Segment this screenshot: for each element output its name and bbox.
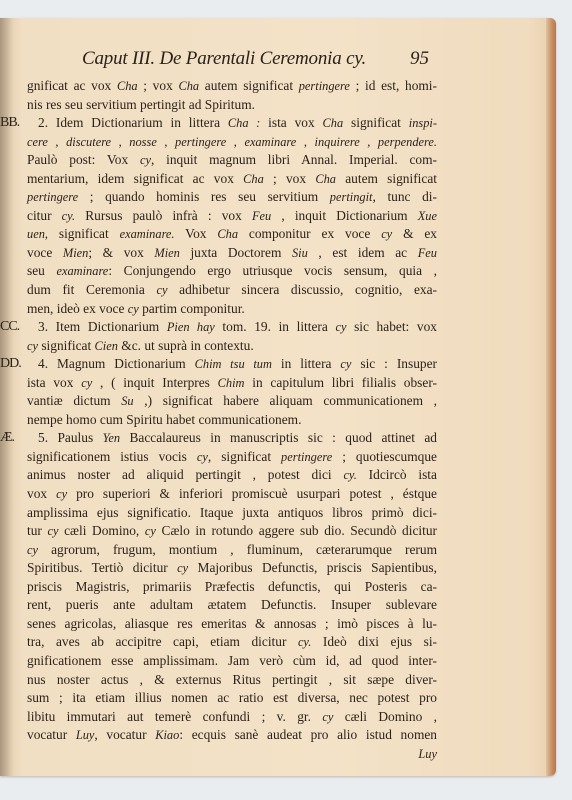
text-line: tra, aves ab accipitre capi, etiam dicit… bbox=[27, 633, 437, 652]
text-run: &c. ut suprà in contextu. bbox=[118, 338, 254, 353]
text-run: adhibetur sincera discussio, cognitio, e… bbox=[167, 282, 437, 297]
italic-term: cy bbox=[340, 357, 351, 371]
text-line: uen, significat examinare. Vox Cha compo… bbox=[27, 225, 437, 244]
text-run: , tunc di- bbox=[372, 189, 437, 204]
text-run: tom. 19. in littera bbox=[215, 319, 336, 334]
text-run: gnificationem esse amplissimam. Jam verò… bbox=[27, 653, 437, 668]
italic-term: pertingere bbox=[299, 79, 350, 93]
text-line: nus noster actus , & externus Ritus pert… bbox=[27, 671, 437, 690]
text-run: voce bbox=[27, 245, 63, 260]
italic-term: cy bbox=[56, 487, 67, 501]
text-line: mentarium, idem significat ac vox Cha ; … bbox=[27, 170, 437, 189]
text-line: pertingere ; quando hominis res seu serv… bbox=[27, 188, 437, 207]
text-line: gnificationem esse amplissimam. Jam verò… bbox=[27, 652, 437, 671]
italic-term: pertingit bbox=[330, 190, 373, 204]
text-run: cæli Domino, bbox=[59, 523, 145, 538]
italic-term: Siu bbox=[292, 246, 308, 260]
italic-term: Cha bbox=[243, 172, 264, 186]
text-run: gnificat ac vox bbox=[27, 78, 117, 93]
text-line: Paulò post: Vox cy, inquit magnum libri … bbox=[27, 151, 437, 170]
text-run: Idcircò ista bbox=[357, 467, 437, 482]
text-line: voce Mien; & vox Mien juxta Doctorem Siu… bbox=[27, 244, 437, 263]
text-run: , ( inquit Interpres bbox=[92, 375, 217, 390]
italic-term: cy bbox=[128, 302, 139, 316]
italic-term: uen, bbox=[27, 227, 48, 241]
text-run: dum fit Ceremonia bbox=[27, 282, 156, 297]
text-run: componitur ex voce bbox=[238, 226, 381, 241]
text-run: mentarium, idem significat ac vox bbox=[27, 171, 243, 186]
text-run: : Conjungendo ergo utriusque vocis sensu… bbox=[108, 263, 437, 278]
text-run: Cælo in rotundo aggere sub dio. Secundò … bbox=[156, 523, 437, 538]
text-run: cæli Domino , bbox=[333, 709, 437, 724]
italic-term: Yen bbox=[103, 431, 120, 445]
text-run: significat bbox=[48, 226, 120, 241]
text-line: significationem istius vocis cy, signifi… bbox=[27, 448, 437, 467]
text-run: men, ideò ex voce bbox=[27, 301, 128, 316]
text-run: animus noster ad aliquid pertingit , pot… bbox=[27, 467, 343, 482]
text-run: rent, pueris ante adultam ætatem Defunct… bbox=[27, 597, 437, 612]
text-run: sic : Insuper bbox=[351, 356, 437, 371]
text-run: Ideò dixi ejus si- bbox=[311, 634, 437, 649]
italic-term: cy bbox=[177, 561, 188, 575]
text-run: , significat bbox=[208, 449, 281, 464]
italic-term: Kiao bbox=[155, 728, 179, 742]
margin-signature-letter: BB. bbox=[0, 114, 19, 133]
text-run: ; quotiescumque bbox=[332, 449, 437, 464]
text-run: ista vox bbox=[260, 115, 322, 130]
body-text: gnificat ac vox Cha ; vox Cha autem sign… bbox=[27, 77, 437, 763]
text-run: Baccalaureus in manuscriptis sic : quod … bbox=[120, 430, 437, 445]
italic-term: cy bbox=[381, 227, 392, 241]
book-page: Caput III. De Parentali Ceremonia cy. 95… bbox=[0, 18, 556, 776]
italic-term: Luy bbox=[418, 747, 437, 761]
italic-term: Cha bbox=[323, 116, 344, 130]
text-run: juxta Doctorem bbox=[180, 245, 292, 260]
catchword: Luy bbox=[27, 745, 437, 764]
text-line: nis res seu servitium pertingit ad Spiri… bbox=[27, 96, 437, 115]
italic-term: Cha bbox=[178, 79, 199, 93]
text-run: citur bbox=[27, 208, 62, 223]
italic-term: cy bbox=[322, 710, 333, 724]
text-line: cy significat Cien &c. ut suprà in conte… bbox=[27, 337, 437, 356]
italic-term: cy bbox=[27, 543, 38, 557]
text-run: tur bbox=[27, 523, 48, 538]
italic-term: cere , discutere , nosse , pertingere , … bbox=[27, 135, 437, 149]
text-run: ista vox bbox=[27, 375, 81, 390]
text-run: Rursus paulò infrà : vox bbox=[75, 208, 252, 223]
text-line: ista vox cy , ( inquit Interpres Chim in… bbox=[27, 374, 437, 393]
italic-term: cy bbox=[145, 524, 156, 538]
text-run: , est idem ac bbox=[308, 245, 418, 260]
italic-term: cy bbox=[27, 339, 38, 353]
text-run: 4. Magnum Dictionarium bbox=[38, 356, 195, 371]
italic-term: Luy bbox=[76, 728, 95, 742]
text-run: vantiæ dictum bbox=[27, 393, 121, 408]
text-run: ,) significat habere aliquam communicati… bbox=[134, 393, 437, 408]
text-run: sum ; ita etiam illius nomen ac ratio es… bbox=[27, 690, 437, 705]
italic-term: examinare bbox=[56, 264, 108, 278]
italic-term: Mien bbox=[154, 246, 179, 260]
text-run: ; quando hominis res seu servitium bbox=[78, 189, 330, 204]
italic-term: cy bbox=[81, 376, 92, 390]
text-run: Paulò post: Vox bbox=[27, 152, 140, 167]
text-run: in littera bbox=[272, 356, 340, 371]
italic-term: cy bbox=[140, 153, 151, 167]
text-run: , inquit Dictionarium bbox=[271, 208, 418, 223]
text-line: cy agrorum, frugum, montium , fluminum, … bbox=[27, 541, 437, 560]
italic-term: cy bbox=[197, 450, 208, 464]
italic-term: pertingere bbox=[281, 450, 332, 464]
text-run: significat bbox=[38, 338, 95, 353]
text-run: seu bbox=[27, 263, 56, 278]
text-run: , vocatur bbox=[94, 727, 155, 742]
text-run: , inquit magnum libri Annal. Imperial. c… bbox=[151, 152, 437, 167]
text-line: sum ; ita etiam illius nomen ac ratio es… bbox=[27, 689, 437, 708]
text-run: pro superiori & inferiori promiscuè usur… bbox=[67, 486, 437, 501]
italic-term: Feu bbox=[252, 209, 271, 223]
text-run: 5. Paulus bbox=[38, 430, 103, 445]
text-line: amplissima ejus significatio. Itaque jux… bbox=[27, 504, 437, 523]
text-line: 4. Magnum Dictionarium Chim tsu tum in l… bbox=[27, 355, 437, 374]
text-run: nus noster actus , & externus Ritus pert… bbox=[27, 672, 437, 687]
text-run: tra, aves ab accipitre capi, etiam dicit… bbox=[27, 634, 298, 649]
italic-term: Cha : bbox=[228, 116, 260, 130]
text-line: senes agricolas, aliasque res emeritas &… bbox=[27, 615, 437, 634]
text-line: gnificat ac vox Cha ; vox Cha autem sign… bbox=[27, 77, 437, 96]
text-line: nempe homo cum Spiritu habet communicati… bbox=[27, 411, 437, 430]
text-run: autem significat bbox=[336, 171, 437, 186]
text-run: nempe homo cum Spiritu habet communicati… bbox=[27, 412, 301, 427]
text-line: cere , discutere , nosse , pertingere , … bbox=[27, 133, 437, 152]
text-line: Spiritibus. Tertiò dicitur cy Majoribus … bbox=[27, 559, 437, 578]
italic-term: Su bbox=[121, 394, 133, 408]
running-title: Caput III. De Parentali Ceremonia cy. bbox=[82, 48, 366, 70]
italic-term: examinare. bbox=[120, 227, 175, 241]
text-run: priscis Magistris, primariis Præfectis d… bbox=[27, 579, 437, 594]
text-line: animus noster ad aliquid pertingit , pot… bbox=[27, 466, 437, 485]
text-line: priscis Magistris, primariis Præfectis d… bbox=[27, 578, 437, 597]
text-run: Majoribus Defunctis, priscis Sapientibus… bbox=[188, 560, 437, 575]
page-number: 95 bbox=[410, 48, 429, 70]
italic-term: Cha bbox=[217, 227, 238, 241]
text-line: libitu immutari aut temerè confundi ; v.… bbox=[27, 708, 437, 727]
text-line: 3. Item Dictionarium Pien hay tom. 19. i… bbox=[27, 318, 437, 337]
text-run: : ecquis sanè audeat pro alio istud nome… bbox=[179, 727, 437, 742]
text-run: libitu immutari aut temerè confundi ; v.… bbox=[27, 709, 322, 724]
text-line: vocatur Luy, vocatur Kiao: ecquis sanè a… bbox=[27, 726, 437, 745]
italic-term: Mien bbox=[63, 246, 88, 260]
italic-term: cy. bbox=[298, 635, 311, 649]
text-run: significat bbox=[343, 115, 409, 130]
text-run: 2. Idem Dictionarium in littera bbox=[38, 115, 228, 130]
italic-term: cy bbox=[335, 320, 346, 334]
italic-term: pertingere bbox=[27, 190, 78, 204]
text-run: amplissima ejus significatio. Itaque jux… bbox=[27, 505, 437, 520]
text-run: sic habet: vox bbox=[346, 319, 437, 334]
text-line: 2. Idem Dictionarium in littera Cha : is… bbox=[27, 114, 437, 133]
margin-signature-letter: CC. bbox=[0, 318, 19, 337]
text-run: ; vox bbox=[138, 78, 179, 93]
italic-term: cy bbox=[48, 524, 59, 538]
italic-term: Pien hay bbox=[167, 320, 215, 334]
italic-term: inspi- bbox=[409, 116, 437, 130]
running-header: Caput III. De Parentali Ceremonia cy. 95 bbox=[0, 48, 440, 72]
text-run: nis res seu servitium pertingit ad Spiri… bbox=[27, 97, 255, 112]
text-line: seu examinare: Conjungendo ergo utriusqu… bbox=[27, 262, 437, 281]
italic-term: Cha bbox=[315, 172, 336, 186]
text-run: significationem istius vocis bbox=[27, 449, 197, 464]
margin-signature-letter: Æ. bbox=[0, 429, 14, 448]
text-run: ; vox bbox=[264, 171, 316, 186]
text-run: ; & vox bbox=[88, 245, 154, 260]
italic-term: Chim bbox=[218, 376, 245, 390]
text-run: vocatur bbox=[27, 727, 76, 742]
italic-term: Cien bbox=[95, 339, 118, 353]
text-run: Vox bbox=[175, 226, 218, 241]
text-run: 3. Item Dictionarium bbox=[38, 319, 167, 334]
margin-signature-letter: DD. bbox=[0, 355, 21, 374]
italic-term: Cha bbox=[117, 79, 138, 93]
page-edge bbox=[546, 18, 556, 776]
italic-term: Chim tsu tum bbox=[195, 357, 272, 371]
text-run: in capitulum libri filialis obser- bbox=[245, 375, 437, 390]
text-run: autem significat bbox=[199, 78, 299, 93]
text-line: tur cy cæli Domino, cy Cælo in rotundo a… bbox=[27, 522, 437, 541]
text-line: vantiæ dictum Su ,) significat habere al… bbox=[27, 392, 437, 411]
text-line: men, ideò ex voce cy partim componitur. bbox=[27, 300, 437, 319]
text-line: rent, pueris ante adultam ætatem Defunct… bbox=[27, 596, 437, 615]
text-line: 5. Paulus Yen Baccalaureus in manuscript… bbox=[27, 429, 437, 448]
italic-term: cy. bbox=[62, 209, 75, 223]
text-line: dum fit Ceremonia cy adhibetur sincera d… bbox=[27, 281, 437, 300]
text-run: Spiritibus. Tertiò dicitur bbox=[27, 560, 177, 575]
italic-term: cy bbox=[156, 283, 167, 297]
text-run: ; id est, homi- bbox=[350, 78, 437, 93]
text-run: senes agricolas, aliasque res emeritas &… bbox=[27, 616, 437, 631]
text-run: & ex bbox=[392, 226, 437, 241]
text-line: citur cy. Rursus paulò infrà : vox Feu ,… bbox=[27, 207, 437, 226]
italic-term: Xue bbox=[418, 209, 437, 223]
text-line: vox cy pro superiori & inferiori promisc… bbox=[27, 485, 437, 504]
text-run: agrorum, frugum, montium , fluminum, cæt… bbox=[38, 542, 437, 557]
italic-term: cy. bbox=[343, 468, 356, 482]
text-run: vox bbox=[27, 486, 56, 501]
text-run: partim componitur. bbox=[139, 301, 245, 316]
italic-term: Feu bbox=[418, 246, 437, 260]
